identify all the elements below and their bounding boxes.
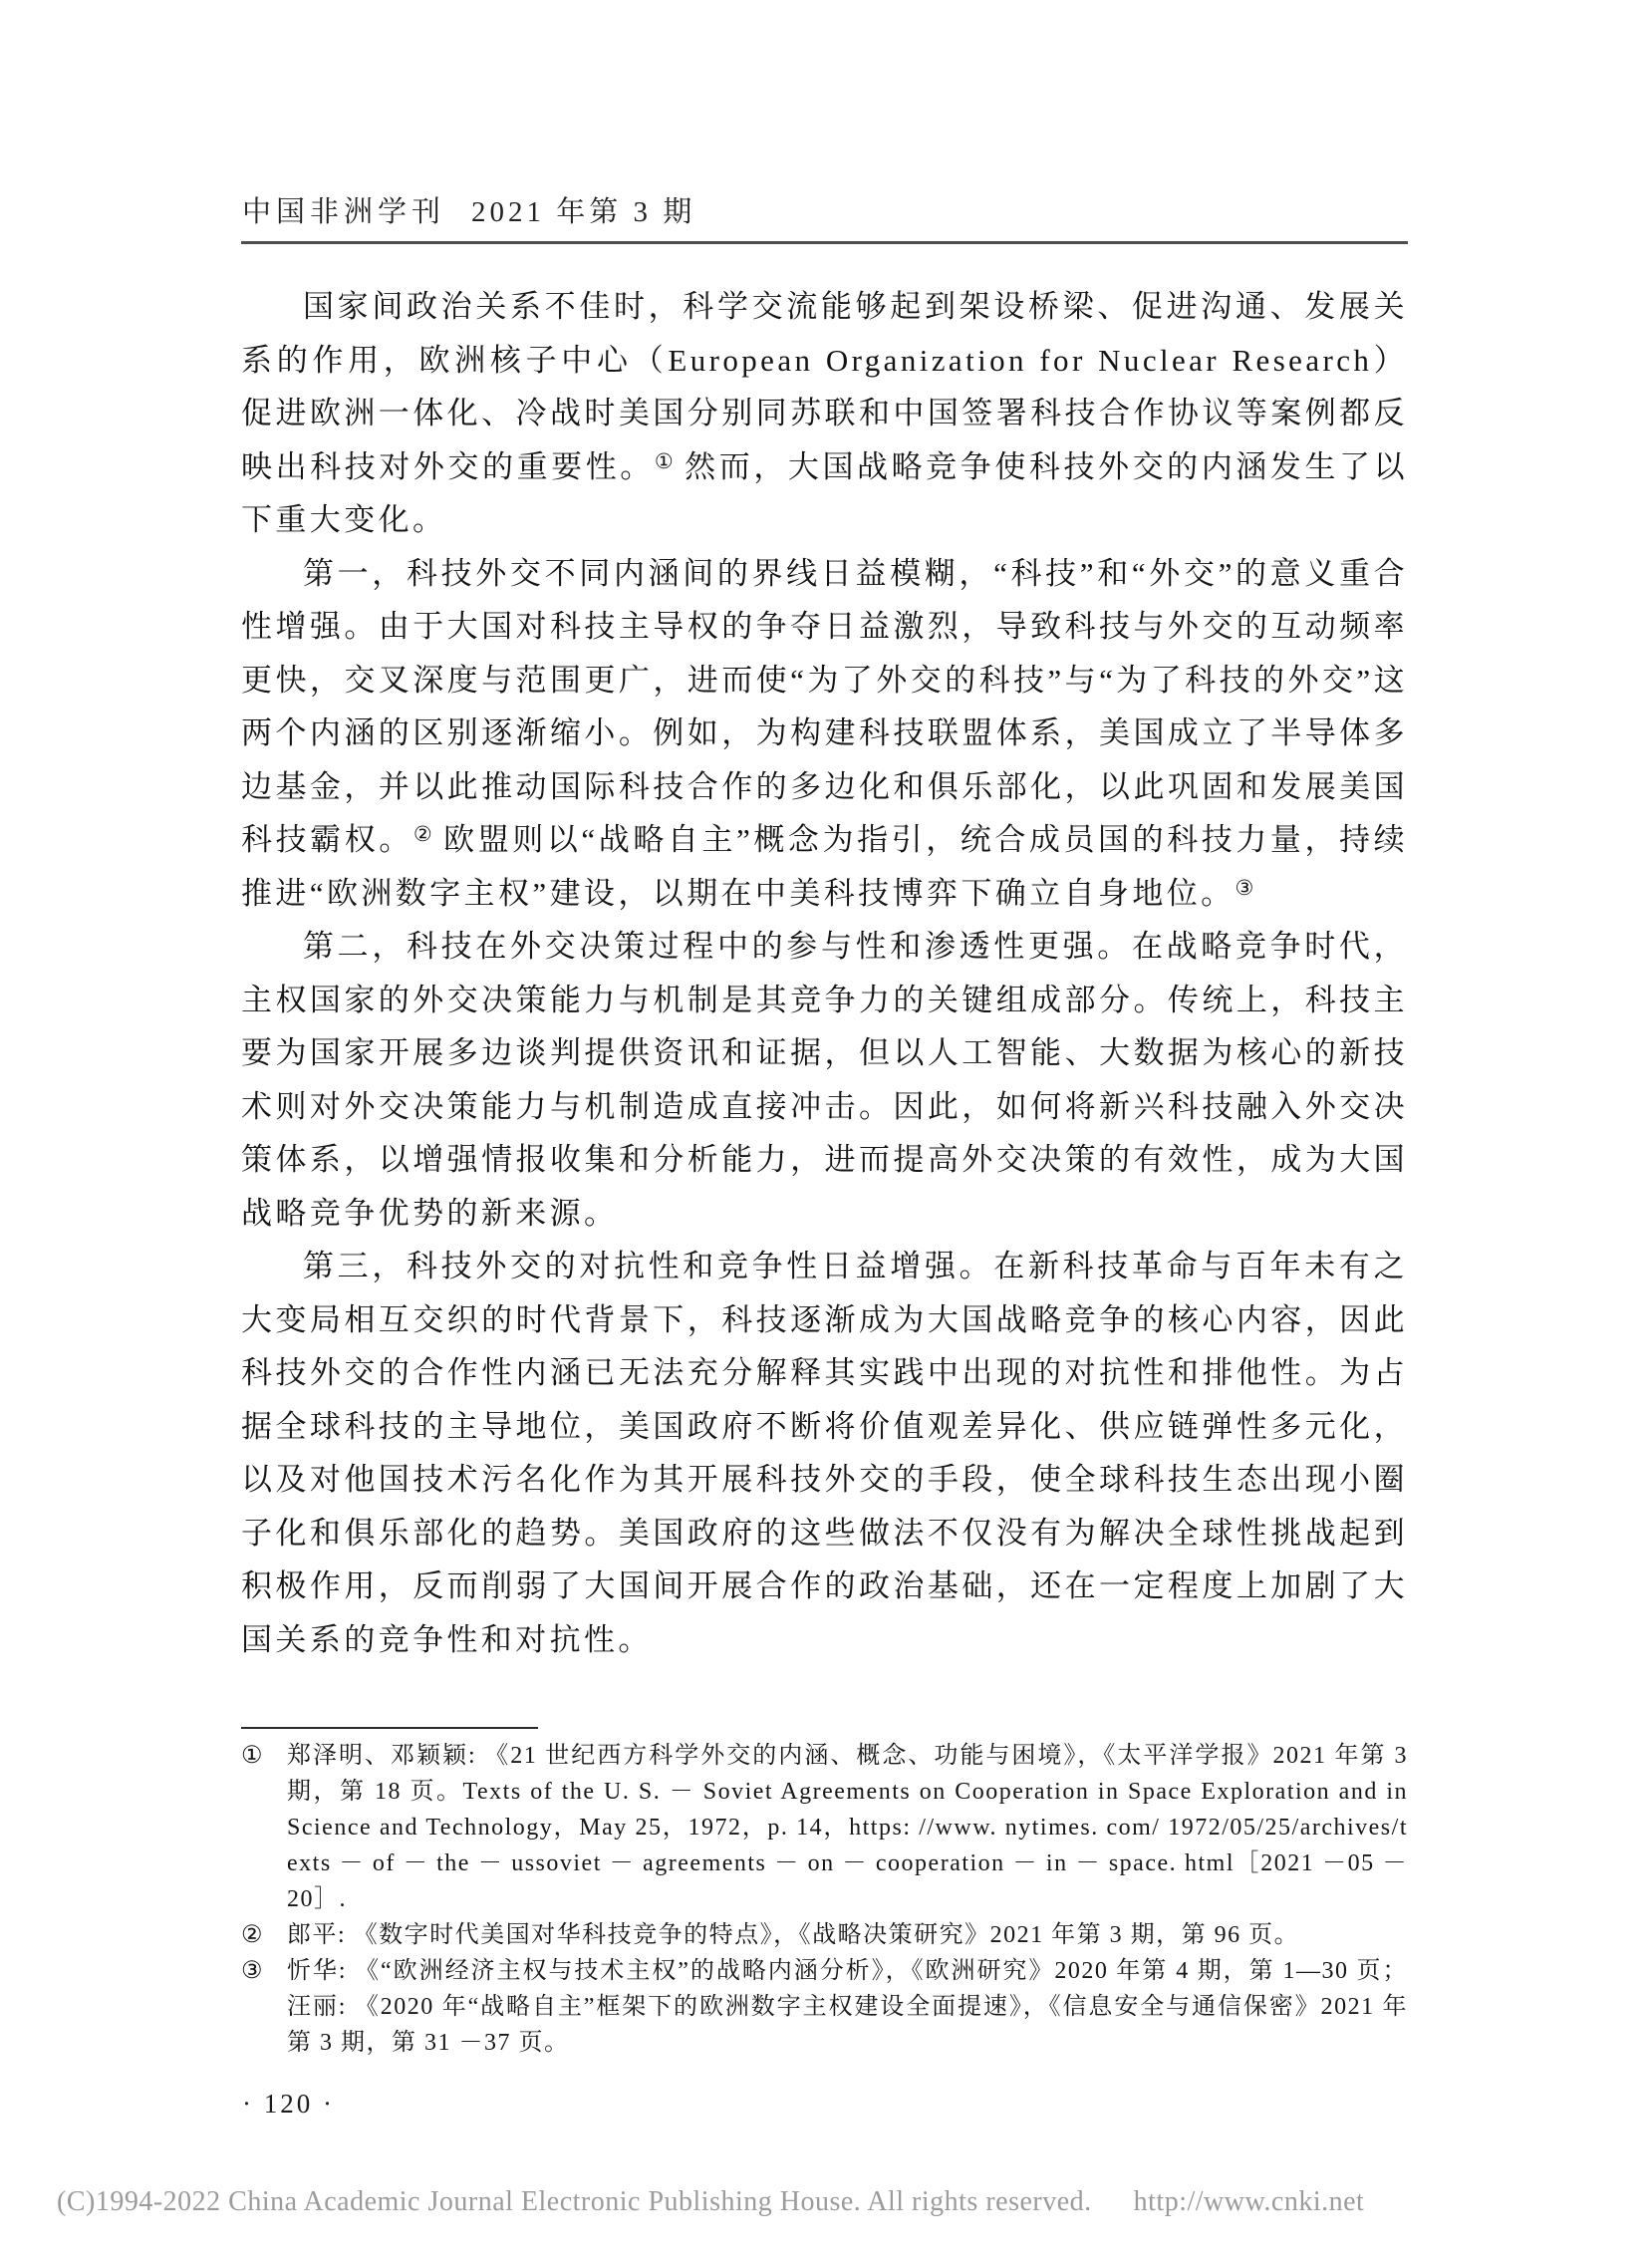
- paragraph-third-point: 第三，科技外交的对抗性和竞争性日益增强。在新科技革命与百年未有之大变局相互交织的…: [241, 1240, 1408, 1666]
- footnote-2: ② 郎平: 《数字时代美国对华科技竞争的特点》，《战略决策研究》2021 年第 …: [241, 1917, 1408, 1953]
- paragraph-first-point: 第一，科技外交不同内涵间的界线日益模糊，“科技”和“外交”的意义重合性增强。由于…: [241, 547, 1408, 921]
- footnote-2-text: 郎平: 《数字时代美国对华科技竞争的特点》，《战略决策研究》2021 年第 3 …: [287, 1922, 1299, 1948]
- footnote-3-marker: ③: [241, 1953, 263, 1989]
- journal-name: 中国非洲学刊: [242, 196, 445, 228]
- footnote-ref-icon: ①: [655, 449, 674, 473]
- copyright-notice: (C)1994-2022 China Academic Journal Elec…: [57, 2186, 1092, 2217]
- footnote-1-text: 郑泽明、邓颖颖: 《21 世纪西方科学外交的内涵、概念、功能与困境》，《太平洋学…: [287, 1743, 1408, 1912]
- page-number: · 120 ·: [242, 2089, 335, 2120]
- page-header: 中国非洲学刊2021 年第 3 期: [242, 189, 695, 230]
- footnote-1-marker: ①: [241, 1738, 263, 1774]
- paragraph-second-point: 第二，科技在外交决策过程中的参与性和渗透性更强。在战略竞争时代，主权国家的外交决…: [241, 920, 1408, 1240]
- header-rule: [241, 241, 1408, 244]
- footnote-ref-icon: ③: [1236, 876, 1254, 900]
- article-body: 国家间政治关系不佳时，科学交流能够起到架设桥梁、促进沟通、发展关系的作用，欧洲核…: [241, 280, 1408, 1666]
- footnote-2-marker: ②: [241, 1917, 263, 1953]
- journal-page: 中国非洲学刊2021 年第 3 期 国家间政治关系不佳时，科学交流能够起到架设桥…: [0, 0, 1648, 2268]
- footnote-3-text: 忻华: 《“欧洲经济主权与技术主权”的战略内涵分析》，《欧洲研究》2020 年第…: [287, 1958, 1408, 2056]
- footnote-1: ① 郑泽明、邓颖颖: 《21 世纪西方科学外交的内涵、概念、功能与困境》，《太平…: [241, 1738, 1408, 1917]
- footnote-separator: [241, 1727, 538, 1729]
- paragraph-intro: 国家间政治关系不佳时，科学交流能够起到架设桥梁、促进沟通、发展关系的作用，欧洲核…: [241, 280, 1408, 547]
- footnotes: ① 郑泽明、邓颖颖: 《21 世纪西方科学外交的内涵、概念、功能与困境》，《太平…: [241, 1738, 1408, 2061]
- copyright-bar: (C)1994-2022 China Academic Journal Elec…: [57, 2186, 1611, 2218]
- footnote-ref-icon: ②: [413, 822, 432, 846]
- issue-info: 2021 年第 3 期: [471, 196, 695, 228]
- cnki-url: http://www.cnki.net: [1134, 2186, 1365, 2217]
- footnote-3: ③ 忻华: 《“欧洲经济主权与技术主权”的战略内涵分析》，《欧洲研究》2020 …: [241, 1953, 1408, 2061]
